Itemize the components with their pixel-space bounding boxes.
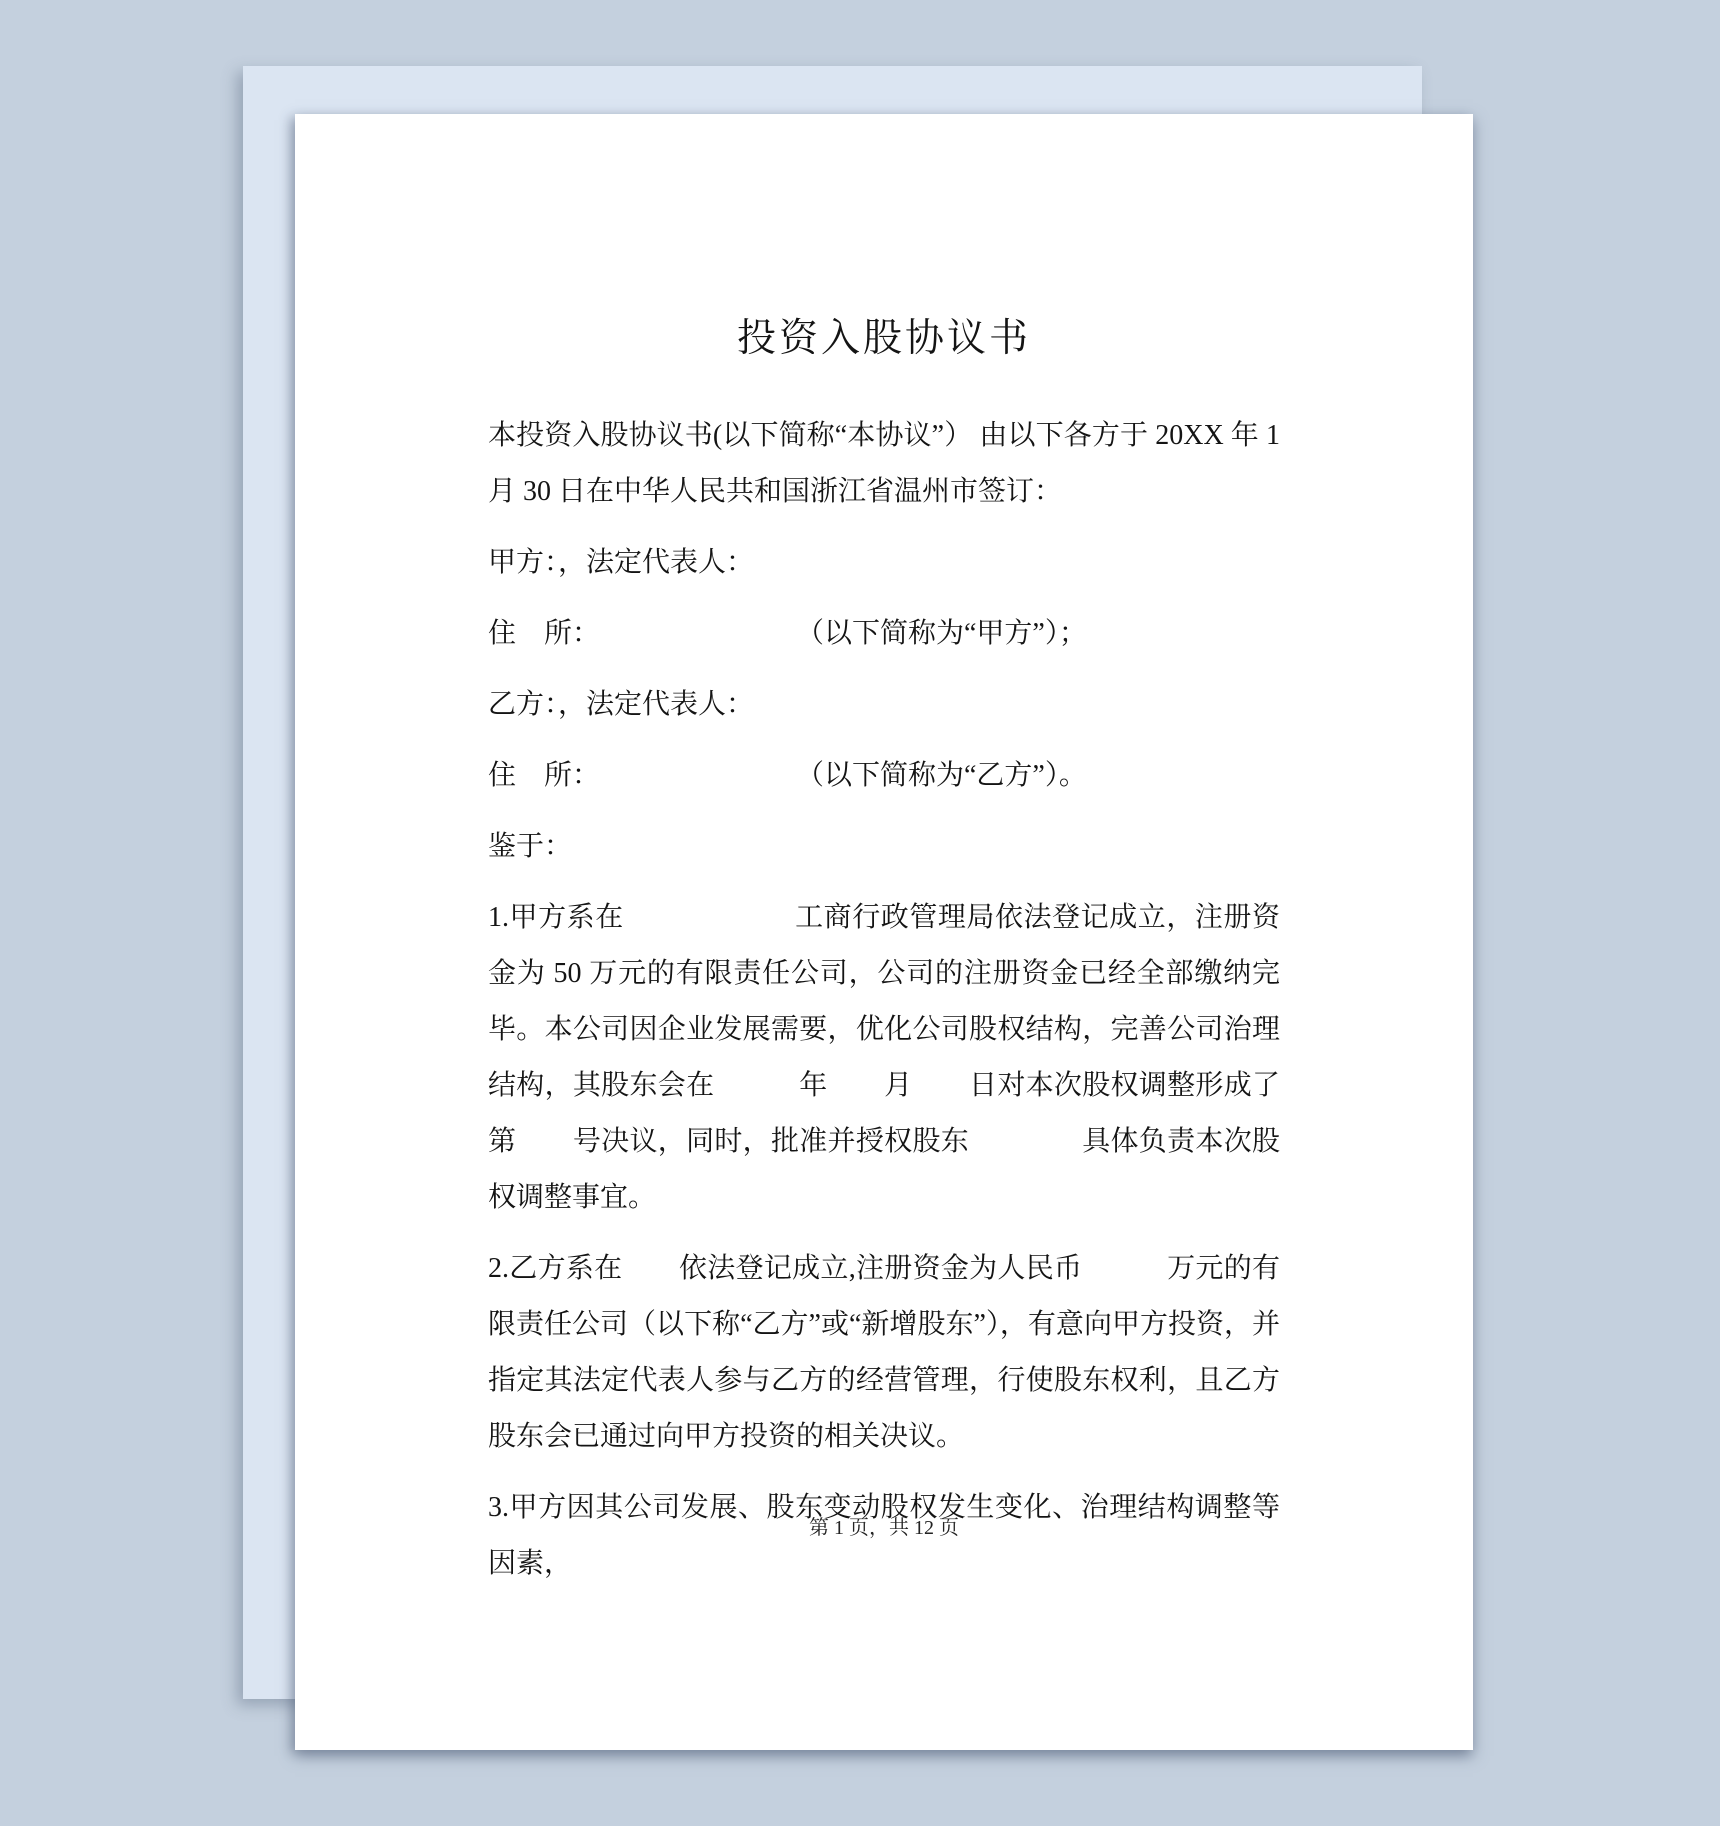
paragraph-intro: 本投资入股协议书(以下简称“本协议”） 由以下各方于 20XX 年 1 月 30…	[488, 408, 1280, 520]
line-party-b: 乙方：，法定代表人：	[488, 677, 1280, 733]
clause-1: 1.甲方系在 工商行政管理局依法登记成立，注册资金为 50 万元的有限责任公司，…	[488, 890, 1280, 1226]
clause-2: 2.乙方系在 依法登记成立,注册资金为人民币 万元的有限责任公司（以下称“乙方”…	[488, 1241, 1280, 1465]
line-party-a-address: 住 所： （以下简称为“甲方”）；	[488, 606, 1280, 662]
document-content: 投资入股协议书 本投资入股协议书(以下简称“本协议”） 由以下各方于 20XX …	[295, 114, 1473, 1592]
line-whereas: 鉴于：	[488, 819, 1280, 875]
line-party-b-address: 住 所： （以下简称为“乙方”）。	[488, 748, 1280, 804]
document-title: 投资入股协议书	[488, 314, 1280, 364]
line-party-a: 甲方：，法定代表人：	[488, 535, 1280, 591]
document-page: 投资入股协议书 本投资入股协议书(以下简称“本协议”） 由以下各方于 20XX …	[295, 114, 1473, 1750]
page-number-footer: 第 1 页，共 12 页	[295, 1516, 1473, 1540]
